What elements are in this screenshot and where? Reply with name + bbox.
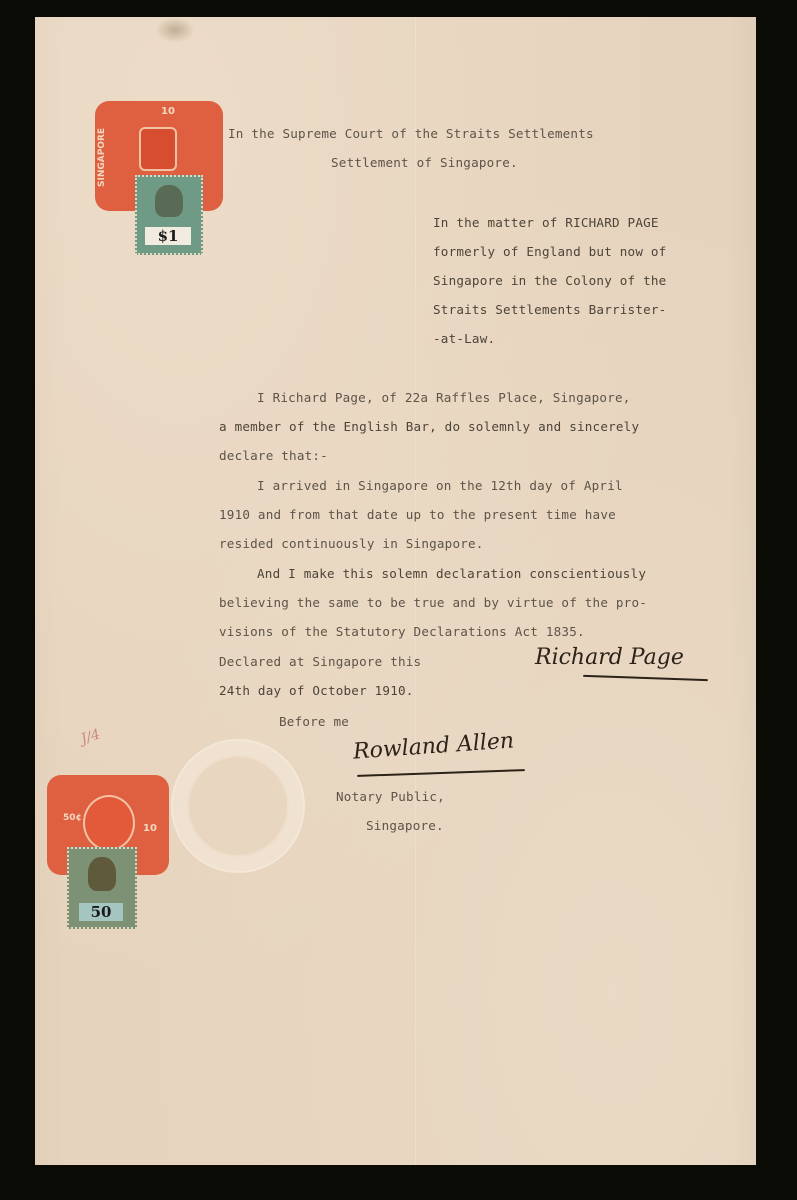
signature-underline (583, 675, 708, 681)
court-heading: In the Supreme Court of the Straits Sett… (228, 126, 594, 141)
declarant-signature: Richard Page (535, 645, 684, 670)
body-line: Declared at Singapore this (219, 654, 421, 669)
notary-place: Singapore. (366, 818, 444, 833)
body-line: believing the same to be true and by vir… (219, 595, 647, 610)
matter-line: In the matter of RICHARD PAGE (433, 215, 659, 230)
body-line: resided continuously in Singapore. (219, 536, 484, 551)
stamp-denomination: 50 (79, 903, 123, 921)
notary-title: Notary Public, (336, 789, 445, 804)
pencil-annotation: J/4 (79, 726, 102, 747)
matter-line: Straits Settlements Barrister- (433, 302, 666, 317)
postage-stamp-bottom: 50 (67, 847, 137, 929)
crown-emblem-icon (139, 127, 177, 171)
stamp-small-value: 10 (143, 823, 157, 834)
body-line: 24th day of October 1910. (219, 683, 414, 698)
stain-mark (155, 17, 195, 43)
body-line: 1910 and from that date up to the presen… (219, 507, 616, 522)
court-subheading: Settlement of Singapore. (331, 155, 518, 170)
document-page: SINGAPORE 10 $1 In the Supreme Court of … (35, 17, 756, 1165)
king-portrait-icon (88, 857, 116, 891)
embossed-notary-seal (171, 739, 305, 873)
fold-line (415, 17, 416, 1165)
stamp-denomination: $1 (145, 227, 191, 245)
body-line: visions of the Statutory Declarations Ac… (219, 624, 585, 639)
stamp-side-value: 50¢ (63, 813, 82, 823)
king-portrait-icon (155, 185, 183, 217)
body-line: I Richard Page, of 22a Raffles Place, Si… (257, 390, 631, 405)
crown-emblem-icon (83, 795, 135, 851)
body-line: And I make this solemn declaration consc… (257, 566, 646, 581)
notary-signature-underline (357, 769, 525, 777)
matter-line: formerly of England but now of (433, 244, 666, 259)
stamp-small-value: 10 (161, 106, 175, 117)
body-line: a member of the English Bar, do solemnly… (219, 419, 639, 434)
matter-line: -at-Law. (433, 331, 495, 346)
before-me-label: Before me (279, 714, 349, 729)
stamp-country-label: SINGAPORE (97, 128, 107, 187)
body-line: I arrived in Singapore on the 12th day o… (257, 478, 623, 493)
body-line: declare that:- (219, 448, 328, 463)
postage-stamp-top: $1 (135, 175, 203, 255)
matter-line: Singapore in the Colony of the (433, 273, 666, 288)
notary-signature: Rowland Allen (352, 728, 515, 764)
